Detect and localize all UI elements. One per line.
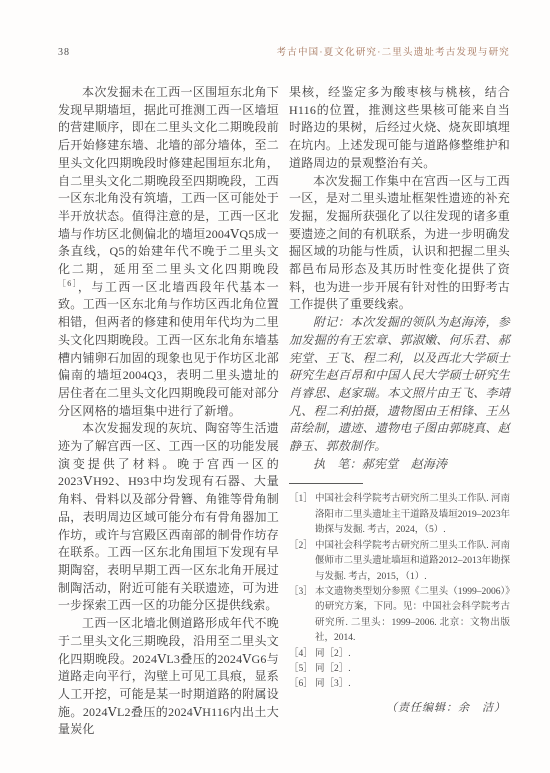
footnote-reference: ［6］ [58,279,78,288]
footnote-text: 本文遗物类型划分参照《二里头（1999–2006）》的研究方案，下同。见：中国社… [315,585,510,647]
paragraph-fruit-pits: 果核，经鉴定多为酸枣核与桃核，结合H116的位置，推测这些果核可能来自当时路边的… [289,84,510,173]
footnote-label: ［5］ [289,662,315,677]
text-run: 工西一区北墙北侧道路形成年代不晚于二里头文化三期晚段，沿用至二里头文化四期晚段。… [58,616,279,736]
footnote-text: 同［3］. [315,677,510,692]
paragraph-wall-sequence: 本次发掘未在工西一区围垣东北角下发现早期墙垣，据此可推测工西一区墙垣的营建顺序，… [58,84,279,420]
footnote-label: ［1］ [289,492,315,538]
footnote-text: 同［2］. [315,662,510,677]
footnote-text: 中国社会科学院考古研究所二里头工作队. 河南偃师市二里头遗址墙垣和道路2012–… [315,539,510,585]
page-body: 本次发掘未在工西一区围垣东北角下发现早期墙垣，据此可推测工西一区墙垣的营建顺序，… [58,84,510,739]
footnote-label: ［6］ [289,677,315,692]
running-head-title: 考古中国·夏文化研究·二里头遗址考古发现与研究 [277,44,510,58]
text-run: ，与工西一区北墙西段年代基本一致。工西一区东北角与作坊区西北角位置相错，但两者的… [58,280,279,418]
paragraph-road-north: 工西一区北墙北侧道路形成年代不晚于二里头文化三期晚段，沿用至二里头文化四期晚段。… [58,615,279,739]
footnote-label: ［4］ [289,647,315,662]
footnote-item: ［4］同［2］. [289,647,510,662]
footnote-item: ［3］本文遗物类型划分参照《二里头（1999–2006）》的研究方案，下同。见：… [289,585,510,647]
text-run: 果核，经鉴定多为酸枣核与桃核，结合H116的位置，推测这些果核可能来自当时路边的… [289,85,510,170]
left-column: 本次发掘未在工西一区围垣东北角下发现早期墙垣，据此可推测工西一区墙垣的营建顺序，… [58,84,279,739]
paragraph-acknowledgement: 附记：本次发掘的领队为赵海涛，参加发掘的有王宏章、郭淑嫩、何乐君、郝宪堂、王飞、… [289,314,510,456]
paragraph-pits-kilns: 本次发掘发现的灰坑、陶窑等生活遗迹为了解宫西一区、工西一区的功能发展演变提供了材… [58,420,279,615]
text-run: 执 笔：郝宪堂 赵海涛 [313,457,447,471]
footnote-item: ［5］同［2］. [289,662,510,677]
footnote-label: ［3］ [289,585,315,647]
responsible-editor-note: （责任编辑：余 洁） [289,699,510,715]
footnote-text: 同［2］. [315,647,510,662]
text-run: 附记：本次发掘的领队为赵海涛，参加发掘的有王宏章、郭淑嫩、何乐君、郝宪堂、王飞、… [289,315,510,453]
paragraph-summary: 本次发掘工作集中在宫西一区与工西一区，是对二里头遗址框架性遗迹的补充发掘，发掘所… [289,173,510,315]
text-run: 本次发掘未在工西一区围垣东北角下发现早期墙垣，据此可推测工西一区墙垣的营建顺序，… [58,85,279,276]
footnote-item: ［1］中国社会科学院考古研究所二里头工作队. 河南洛阳市二里头遗址主干道路及墙垣… [289,492,510,538]
right-column: 果核，经鉴定多为酸枣核与桃核，结合H116的位置，推测这些果核可能来自当时路边的… [289,84,510,739]
footnote-label: ［2］ [289,539,315,585]
footnote-item: ［2］中国社会科学院考古研究所二里头工作队. 河南偃师市二里头遗址墙垣和道路20… [289,539,510,585]
page-header: 38 考古中国·夏文化研究·二里头遗址考古发现与研究 [58,44,510,58]
journal-page: 38 考古中国·夏文化研究·二里头遗址考古发现与研究 本次发掘未在工西一区围垣东… [0,0,550,773]
paragraph-authors: 执 笔：郝宪堂 赵海涛 [289,456,510,474]
footnotes-list: ［1］中国社会科学院考古研究所二里头工作队. 河南洛阳市二里头遗址主干道路及墙垣… [289,492,510,692]
page-number: 38 [58,47,70,58]
footnote-item: ［6］同［3］. [289,677,510,692]
footnote-separator [289,483,363,484]
text-run: 本次发掘发现的灰坑、陶窑等生活遗迹为了解宫西一区、工西一区的功能发展演变提供了材… [58,421,279,612]
text-run: 本次发掘工作集中在宫西一区与工西一区，是对二里头遗址框架性遗迹的补充发掘，发掘所… [289,174,510,312]
footnote-text: 中国社会科学院考古研究所二里头工作队. 河南洛阳市二里头遗址主干道路及墙垣201… [315,492,510,538]
